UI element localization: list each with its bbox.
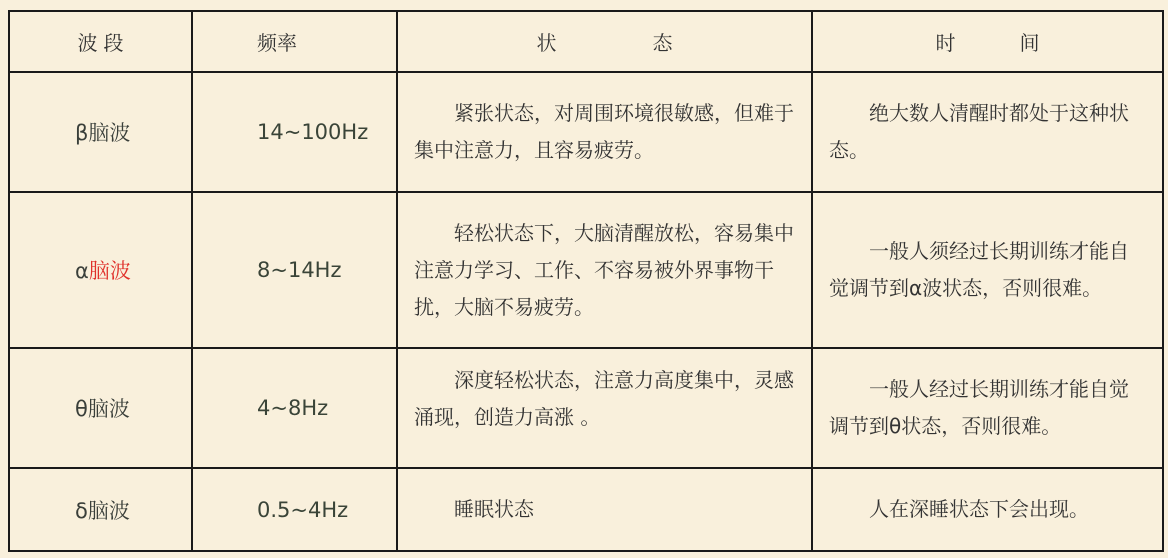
state-cell: 深度轻松状态，注意力高度集中，灵感涌现，创造力高涨 。: [397, 348, 812, 468]
band-name: 脑波: [88, 499, 130, 523]
header-state: 状态: [397, 11, 812, 72]
time-cell: 绝大数人清醒时都处于这种状态。: [812, 72, 1163, 192]
band-name: 脑波: [88, 121, 130, 145]
brainwave-table-container: 波段 频率 状态 时间 β脑波 14~100Hz 紧张状态，对周围环境很敏感，但…: [8, 10, 1164, 552]
frequency-cell: 8~14Hz: [192, 192, 397, 348]
table-row-beta: β脑波 14~100Hz 紧张状态，对周围环境很敏感，但难于集中注意力，且容易疲…: [9, 72, 1163, 192]
table-row-theta: θ脑波 4~8Hz 深度轻松状态，注意力高度集中，灵感涌现，创造力高涨 。 一般…: [9, 348, 1163, 468]
header-state-char-1: 状: [537, 31, 557, 55]
greek-letter: θ: [75, 397, 88, 421]
greek-letter: δ: [75, 499, 88, 523]
band-cell: θ脑波: [9, 348, 192, 468]
frequency-cell: 14~100Hz: [192, 72, 397, 192]
greek-letter: β: [75, 121, 88, 145]
time-text: 绝大数人清醒时都处于这种状态。: [813, 95, 1162, 169]
time-text-part: 人在深睡状态下会出现。: [869, 497, 1089, 521]
header-band-char-2: 段: [104, 31, 124, 55]
header-band-char-1: 波: [78, 31, 98, 55]
state-cell: 睡眠状态: [397, 468, 812, 551]
header-band: 波段: [9, 11, 192, 72]
state-text: 紧张状态，对周围环境很敏感，但难于集中注意力，且容易疲劳。: [398, 95, 811, 169]
time-text-part: 波状态，否则很难。: [922, 276, 1102, 300]
time-text: 一般人经过长期训练才能自觉调节到θ状态，否则很难。: [813, 371, 1162, 445]
band-name: 脑波: [88, 397, 130, 421]
greek-letter: α: [75, 259, 89, 283]
greek-letter: α: [909, 276, 922, 300]
time-cell: 一般人须经过长期训练才能自觉调节到α波状态，否则很难。: [812, 192, 1163, 348]
brainwave-table: 波段 频率 状态 时间 β脑波 14~100Hz 紧张状态，对周围环境很敏感，但…: [8, 10, 1164, 552]
state-text: 深度轻松状态，注意力高度集中，灵感涌现，创造力高涨 。: [398, 362, 811, 436]
time-text-part: 绝大数人清醒时都处于这种状态。: [829, 101, 1129, 162]
header-state-char-2: 态: [653, 31, 673, 55]
band-cell: β脑波: [9, 72, 192, 192]
band-name-highlighted: 脑波: [89, 259, 131, 283]
header-time-char-1: 时: [936, 31, 956, 55]
state-cell: 紧张状态，对周围环境很敏感，但难于集中注意力，且容易疲劳。: [397, 72, 812, 192]
header-time: 时间: [812, 11, 1163, 72]
time-cell: 一般人经过长期训练才能自觉调节到θ状态，否则很难。: [812, 348, 1163, 468]
time-text-part: 状态，否则很难。: [901, 414, 1061, 438]
state-text: 轻松状态下，大脑清醒放松，容易集中注意力学习、工作、不容易被外界事物干扰，大脑不…: [398, 215, 811, 326]
frequency-cell: 0.5~4Hz: [192, 468, 397, 551]
table-header-row: 波段 频率 状态 时间: [9, 11, 1163, 72]
table-row-delta: δ脑波 0.5~4Hz 睡眠状态 人在深睡状态下会出现。: [9, 468, 1163, 551]
greek-letter: θ: [889, 414, 901, 438]
band-cell: α脑波: [9, 192, 192, 348]
state-cell: 轻松状态下，大脑清醒放松，容易集中注意力学习、工作、不容易被外界事物干扰，大脑不…: [397, 192, 812, 348]
time-text: 人在深睡状态下会出现。: [813, 491, 1162, 528]
state-text: 睡眠状态: [398, 491, 811, 528]
header-frequency-label: 频率: [257, 31, 297, 55]
time-text: 一般人须经过长期训练才能自觉调节到α波状态，否则很难。: [813, 233, 1162, 307]
time-cell: 人在深睡状态下会出现。: [812, 468, 1163, 551]
header-time-char-2: 间: [1020, 31, 1040, 55]
frequency-cell: 4~8Hz: [192, 348, 397, 468]
header-frequency: 频率: [192, 11, 397, 72]
table-row-alpha: α脑波 8~14Hz 轻松状态下，大脑清醒放松，容易集中注意力学习、工作、不容易…: [9, 192, 1163, 348]
band-cell: δ脑波: [9, 468, 192, 551]
